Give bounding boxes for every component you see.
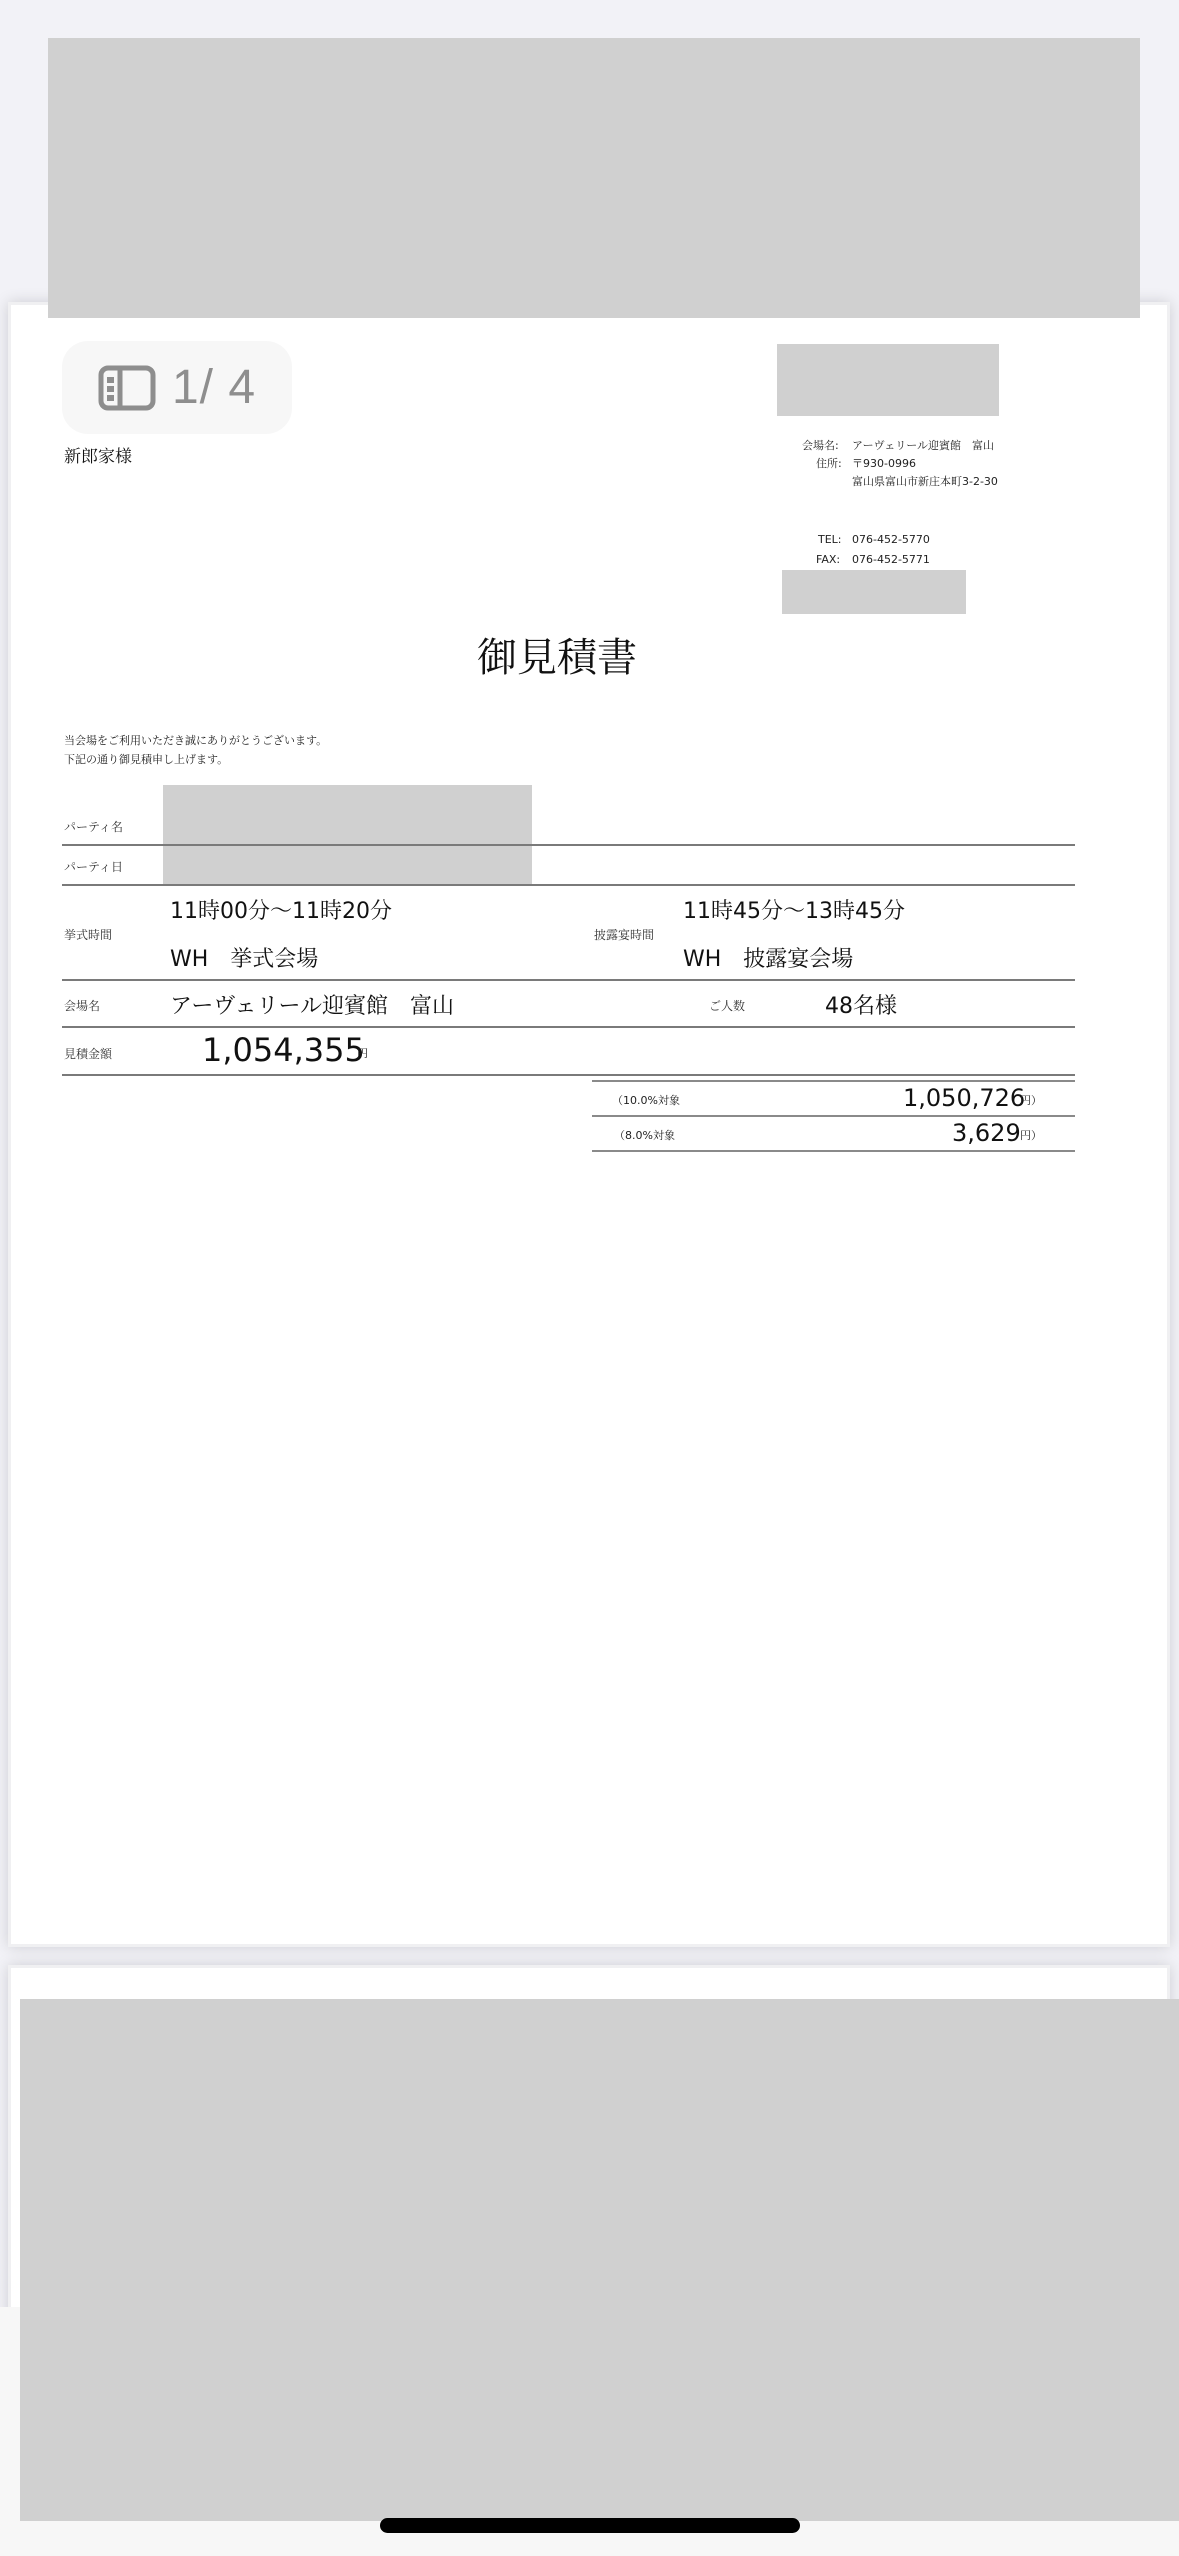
ceremony-place: WH 挙式会場 — [170, 942, 318, 973]
document-title: 御見積書 — [477, 626, 637, 683]
page-indicator-text: 1/ 4 — [172, 360, 256, 415]
party-date-label: パーティ日 — [64, 858, 123, 875]
ceremony-time-label: 挙式時間 — [64, 926, 112, 943]
tax-8-label: （8.0%対象 — [614, 1127, 675, 1143]
venue-info-value: アーヴェリール迎賓館 富山 — [852, 437, 994, 453]
address-label: 住所: — [816, 455, 842, 471]
divider — [62, 979, 1075, 981]
venue-info-label: 会場名: — [802, 437, 839, 453]
divider — [62, 844, 1075, 846]
sidebar-toggle-icon — [98, 365, 156, 411]
redacted-page-2-content — [20, 1999, 1179, 2521]
fax-value: 076-452-5771 — [852, 553, 930, 566]
greeting-line-2: 下記の通り御見積申し上げます。 — [64, 751, 228, 767]
tax-10-amount: 1,050,726 — [903, 1084, 1025, 1112]
greeting-line-1: 当会場をご利用いただき誠にありがとうございます。 — [64, 732, 327, 748]
venue-value: アーヴェリール迎賓館 富山 — [170, 989, 454, 1020]
redacted-logo — [777, 344, 999, 416]
estimate-amount-label: 見積金額 — [64, 1045, 112, 1062]
tel-value: 076-452-5770 — [852, 533, 930, 546]
estimate-amount-value: 1,054,355 — [202, 1031, 365, 1069]
tax-10-label: （10.0%対象 — [612, 1092, 680, 1108]
redacted-party-info — [163, 785, 532, 885]
guests-value: 48名様 — [825, 989, 897, 1020]
redacted-stamp — [782, 570, 966, 614]
reception-place: WH 披露宴会場 — [683, 942, 853, 973]
venue-label: 会場名 — [64, 997, 100, 1014]
party-name-label: パーティ名 — [64, 818, 123, 835]
recipient: 新郎家様 — [64, 442, 132, 467]
guests-label: ご人数 — [709, 997, 745, 1014]
divider — [592, 1150, 1075, 1152]
ceremony-time: 11時00分〜11時20分 — [170, 894, 392, 925]
tax-8-amount: 3,629 — [952, 1119, 1021, 1147]
tax-8-unit: 円） — [1020, 1127, 1042, 1143]
reception-time: 11時45分〜13時45分 — [683, 894, 905, 925]
reception-time-label: 披露宴時間 — [594, 926, 654, 943]
estimate-amount-unit: 円 — [357, 1045, 368, 1061]
address: 富山県富山市新庄本町3-2-30 — [852, 473, 998, 489]
page-indicator-button[interactable]: 1/ 4 — [62, 341, 292, 434]
redacted-header-image — [48, 38, 1140, 318]
postal-code: 〒930-0996 — [852, 455, 916, 471]
fax-label: FAX: — [816, 553, 840, 566]
tax-10-unit: 円） — [1020, 1092, 1042, 1108]
divider — [62, 1074, 1075, 1076]
divider — [592, 1080, 1075, 1082]
tel-label: TEL: — [818, 533, 842, 546]
divider — [592, 1115, 1075, 1117]
home-indicator[interactable] — [380, 2518, 800, 2533]
divider — [62, 884, 1075, 886]
divider — [62, 1026, 1075, 1028]
